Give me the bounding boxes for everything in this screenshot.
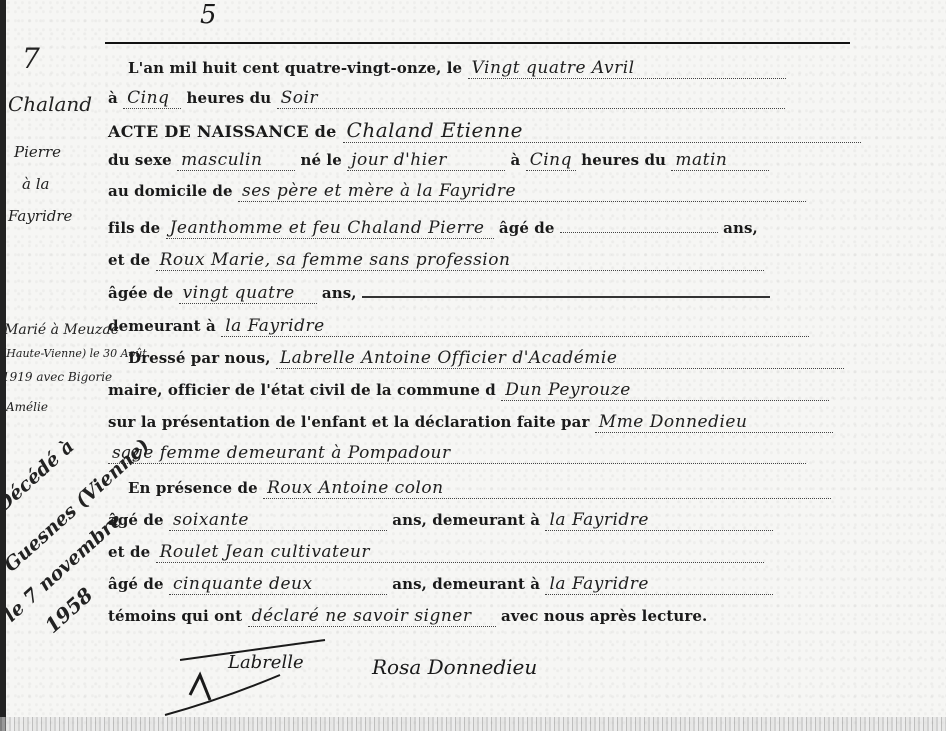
witness2-residence: la Fayridre [545,574,773,595]
witness2-name: Roulet Jean cultivateur [156,542,764,563]
parents-residence: la Fayridre [221,316,809,337]
printed-text: heures du [186,89,271,107]
officer-name: Labrelle Antoine Officier d'Académie [276,348,844,369]
printed-text: L'an mil huit cent quatre-vingt-onze, le [128,59,462,77]
line-witnesses-sign: témoins qui ont déclaré ne savoir signer… [108,606,707,627]
child-name: Chaland Etienne [343,118,861,143]
birth-hour: Cinq [526,150,576,171]
printed-text: au domicile de [108,182,233,200]
father-name: Jeanthomme et feu Chaland Pierre [166,218,494,239]
commune-name: Dun Peyrouze [501,380,829,401]
scanned-document-page: 5 7 Chaland Pierre à la Fayridre Marié à… [0,0,946,731]
birth-period: matin [671,150,769,171]
printed-text: âgé de [108,575,164,593]
line-witness1-age: âgé de soixante ans, demeurant à la Fayr… [108,510,773,531]
printed-text: ans, [723,219,758,237]
line-date: L'an mil huit cent quatre-vingt-onze, le… [128,58,786,79]
birth-day: jour d'hier [347,150,505,171]
entry-number: 7 [22,42,40,75]
signature-flourish-icon [160,630,340,720]
witness1-age: soixante [169,510,387,531]
margin-firstname: Pierre [14,143,61,161]
margin-place: Fayridre [8,207,72,225]
record-body: L'an mil huit cent quatre-vingt-onze, le… [128,0,938,731]
witness1-name: Roux Antoine colon [263,478,831,499]
filler-stroke [362,296,770,298]
marriage-line: Amélie [6,400,48,414]
printed-text: né le [300,151,341,169]
printed-text: maire, officier de l'état civil de la co… [108,381,496,399]
marriage-line: 1919 avec Bigorie [2,370,112,384]
line-father: fils de Jeanthomme et feu Chaland Pierre… [108,218,758,239]
printed-text: à [108,89,118,107]
act-title: ACTE DE NAISSANCE de [108,122,337,141]
child-sex: masculin [177,150,295,171]
printed-text: à [511,151,521,169]
printed-text: âgé de [499,219,555,237]
line-commune: maire, officier de l'état civil de la co… [108,380,829,401]
line-witness2-age: âgé de cinquante deux ans, demeurant à l… [108,574,773,595]
scan-noise [0,717,946,731]
line-act-title: ACTE DE NAISSANCE de Chaland Etienne [108,118,861,143]
line-domicile: au domicile de ses père et mère à la Fay… [108,181,806,202]
printed-text: avec nous après lecture. [501,607,707,625]
printed-text: et de [108,251,150,269]
mother-name: Roux Marie, sa femme sans profession [156,250,764,271]
printed-text: En présence de [128,479,258,497]
printed-text: Dressé par nous, [128,349,271,367]
printed-text: ans, demeurant à [392,575,540,593]
handwritten-date: Vingt quatre Avril [468,58,786,79]
line-sex-birth: du sexe masculin né le jour d'hier à Cin… [108,150,769,171]
line-mother-age: âgée de vingt quatre ans, [108,283,770,304]
printed-text: du sexe [108,151,172,169]
printed-text: ans, [322,284,357,302]
margin-surname: Chaland [8,92,92,116]
line-residence: demeurant à la Fayridre [108,316,809,337]
declarant-detail: sage femme demeurant à Pompadour [108,443,806,464]
printed-text: âgée de [108,284,173,302]
line-drawn-by: Dressé par nous, Labrelle Antoine Offici… [128,348,844,369]
line-mother: et de Roux Marie, sa femme sans professi… [108,250,764,271]
printed-text: heures du [581,151,666,169]
domicile: ses père et mère à la Fayridre [238,181,806,202]
witness2-age: cinquante deux [169,574,387,595]
witness1-residence: la Fayridre [545,510,773,531]
declarant-signature: Rosa Donnedieu [372,655,537,679]
line-witness2: et de Roulet Jean cultivateur [108,542,764,563]
printed-text: témoins qui ont [108,607,242,625]
marriage-line: Marié à Meuzac [4,322,119,338]
line-hour: à Cinq heures du Soir [108,88,785,109]
line-declarant-detail: sage femme demeurant à Pompadour [108,443,806,464]
mother-age: vingt quatre [179,283,317,304]
father-age [560,232,718,233]
printed-text: fils de [108,219,160,237]
margin-place-prefix: à la [22,175,49,193]
handwritten-hour: Cinq [123,88,181,109]
printed-text: sur la présentation de l'enfant et la dé… [108,413,589,431]
printed-text: et de [108,543,150,561]
handwritten-period: Soir [277,88,785,109]
scan-edge-shadow [0,0,6,731]
witness-signing-statement: déclaré ne savoir signer [248,606,496,627]
declarant-name: Mme Donnedieu [595,412,833,433]
line-declaration: sur la présentation de l'enfant et la dé… [108,412,833,433]
marriage-line: (Haute-Vienne) le 30 Août [2,347,147,360]
printed-text: demeurant à [108,317,216,335]
line-witness1: En présence de Roux Antoine colon [128,478,831,499]
printed-text: âgé de [108,511,164,529]
printed-text: ans, demeurant à [392,511,540,529]
